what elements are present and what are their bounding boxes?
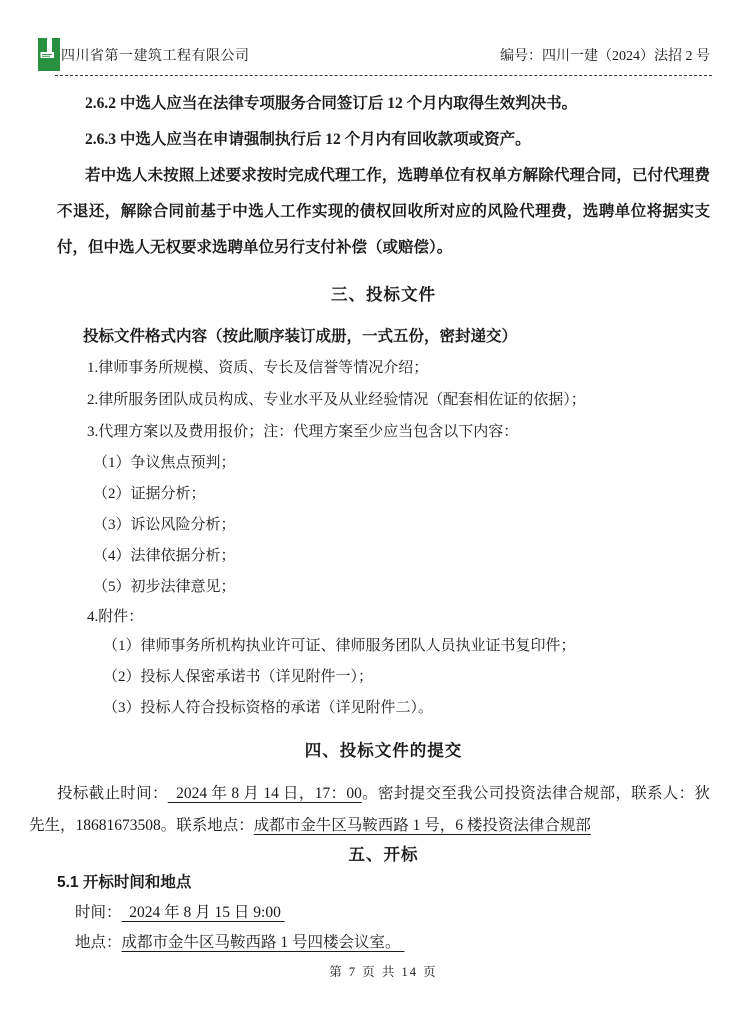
attachment-item-1: （1）律师事务所机构执业许可证、律师服务团队人员执业证书复印件； [57, 631, 710, 662]
doc-number: 编号：四川一建（2024）法招 2 号 [500, 45, 710, 65]
opening-time-row: 时间： 2024 年 8 月 15 日 9:00 [57, 898, 710, 928]
attachments-label: 4.附件： [57, 603, 710, 631]
bid-format-note: 投标文件格式内容（按此顺序装订成册，一式五份，密封递交） [57, 322, 710, 352]
clause-2-6-2: 2.6.2 中选人应当在法律专项服务合同签订后 12 个月内取得生效判决书。 [57, 86, 710, 122]
place-label: 地点： [75, 934, 122, 951]
submission-deadline-underline: 2024 年 8 月 14 日，17：00 [168, 785, 362, 802]
submission-address-underline: 成都市金牛区马鞍西路 1 号，6 楼投资法律合规部 [254, 817, 591, 834]
attachment-item-2: （2）投标人保密承诺书（详见附件一）； [57, 662, 710, 693]
section-title-submission: 四、投标文件的提交 [57, 738, 710, 764]
attachment-item-3: （3）投标人符合投标资格的承诺（详见附件二）。 [57, 693, 710, 724]
company-logo-icon [38, 38, 60, 71]
document-header: 四川省第一建筑工程有限公司 编号：四川一建（2024）法招 2 号 [0, 0, 736, 71]
bid-item-3: 3.代理方案以及费用报价；注：代理方案至少应当包含以下内容： [57, 416, 710, 448]
submission-paragraph: 投标截止时间： 2024 年 8 月 14 日，17：00。密封提交至我公司投资… [29, 778, 710, 842]
plan-point-3: （3）诉讼风险分析； [57, 510, 710, 541]
time-label: 时间： [75, 904, 122, 921]
document-body: 2.6.2 中选人应当在法律专项服务合同签订后 12 个月内取得生效判决书。 2… [0, 76, 736, 980]
place-value-underline: 成都市金牛区马鞍西路 1 号四楼会议室。 [122, 934, 405, 951]
section-title-opening: 五、开标 [57, 842, 710, 868]
page-number: 第 7 页 共 14 页 [329, 965, 437, 979]
plan-point-2: （2）证据分析； [57, 479, 710, 510]
plan-point-4: （4）法律依据分析； [57, 541, 710, 572]
plan-point-5: （5）初步法律意见； [57, 572, 710, 603]
header-left: 四川省第一建筑工程有限公司 [38, 38, 250, 71]
opening-place-row: 地点：成都市金牛区马鞍西路 1 号四楼会议室。 [57, 928, 710, 958]
company-name: 四川省第一建筑工程有限公司 [61, 45, 250, 65]
clause-2-6-3: 2.6.3 中选人应当在申请强制执行后 12 个月内有回收款项或资产。 [57, 122, 710, 158]
penalty-paragraph: 若中选人未按照上述要求按时完成代理工作，选聘单位有权单方解除代理合同，已付代理费… [57, 158, 710, 266]
opening-subtitle: 5.1 开标时间和地点 [57, 868, 710, 898]
bid-item-2: 2.律所服务团队成员构成、专业水平及从业经验情况（配套相佐证的依据）； [57, 384, 710, 416]
section-title-bid-documents: 三、投标文件 [57, 282, 710, 308]
document-page: 四川省第一建筑工程有限公司 编号：四川一建（2024）法招 2 号 2.6.2 … [0, 0, 736, 1019]
bid-item-1: 1.律师事务所规模、资质、专长及信誉等情况介绍； [57, 352, 710, 384]
submission-lead: 投标截止时间： [57, 785, 168, 802]
plan-point-1: （1）争议焦点预判； [57, 448, 710, 479]
time-value-underline: 2024 年 8 月 15 日 9:00 [122, 904, 285, 921]
page-footer: 第 7 页 共 14 页 [57, 964, 710, 980]
